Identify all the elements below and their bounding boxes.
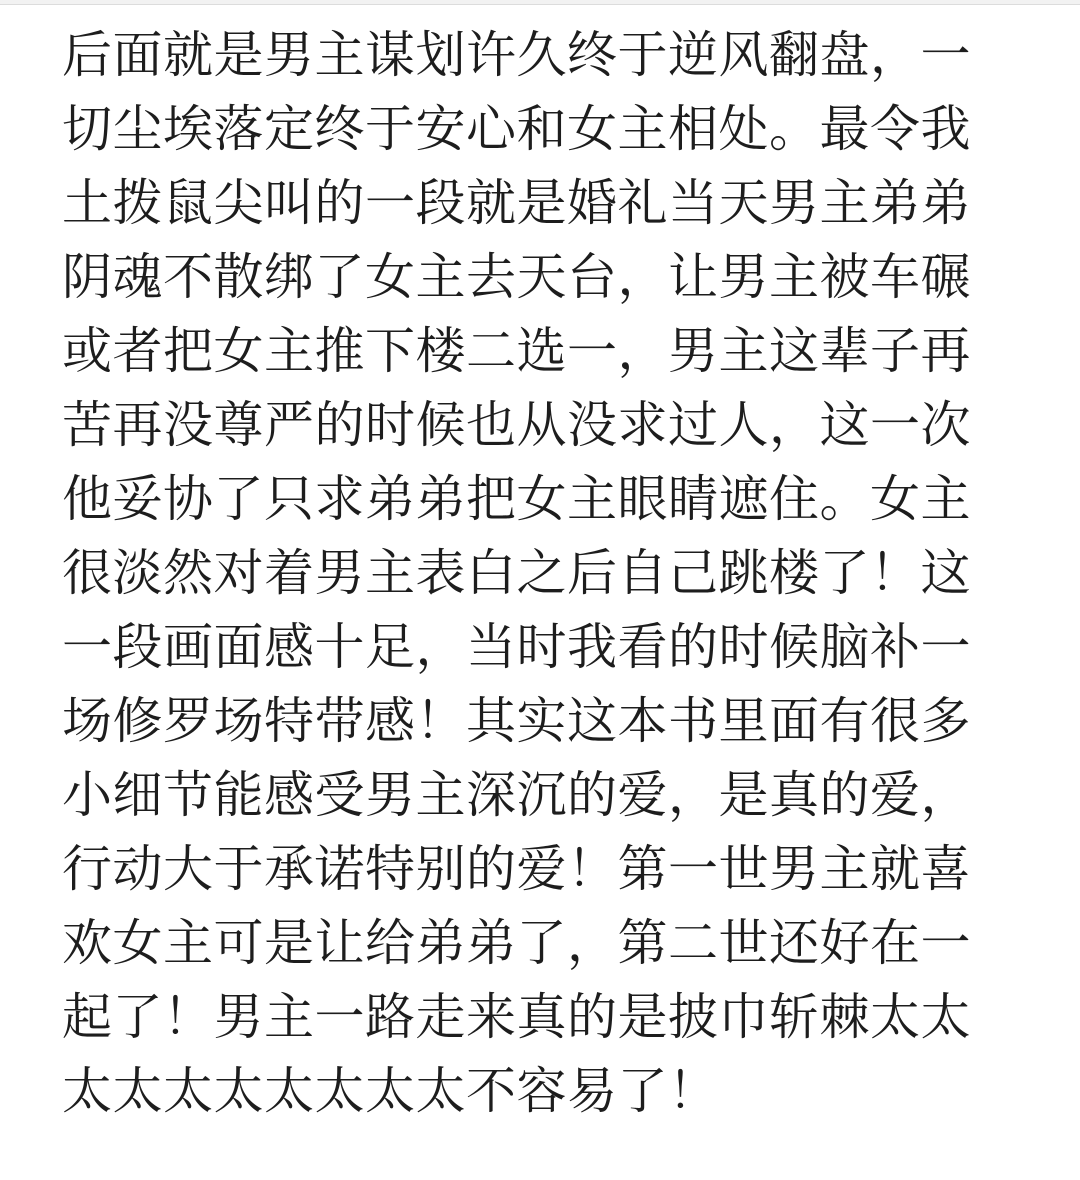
text-line: 一段画面感十足，当时我看的时候脑补一 (62, 610, 1024, 684)
text-line: 欢女主可是让给弟弟了，第二世还好在一 (62, 906, 1024, 980)
review-text-paragraph: 后面就是男主谋划许久终于逆风翻盘，一 切尘埃落定终于安心和女主相处。最令我 土拨… (0, 5, 1080, 1128)
text-line: 行动大于承诺特别的爱！第一世男主就喜 (62, 832, 1024, 906)
text-line: 切尘埃落定终于安心和女主相处。最令我 (62, 92, 1024, 166)
text-line: 很淡然对着男主表白之后自己跳楼了！这 (62, 536, 1024, 610)
text-line: 苦再没尊严的时候也从没求过人，这一次 (62, 388, 1024, 462)
text-line: 他妥协了只求弟弟把女主眼睛遮住。女主 (62, 462, 1024, 536)
text-line: 起了！男主一路走来真的是披巾斩棘太太 (62, 980, 1024, 1054)
text-line: 小细节能感受男主深沉的爱，是真的爱， (62, 758, 1024, 832)
text-line: 阴魂不散绑了女主去天台，让男主被车碾 (62, 240, 1024, 314)
text-line: 土拨鼠尖叫的一段就是婚礼当天男主弟弟 (62, 166, 1024, 240)
text-line: 或者把女主推下楼二选一，男主这辈子再 (62, 314, 1024, 388)
text-line: 后面就是男主谋划许久终于逆风翻盘，一 (62, 18, 1024, 92)
text-line: 场修罗场特带感！其实这本书里面有很多 (62, 684, 1024, 758)
text-line: 太太太太太太太太不容易了！ (62, 1054, 1024, 1128)
